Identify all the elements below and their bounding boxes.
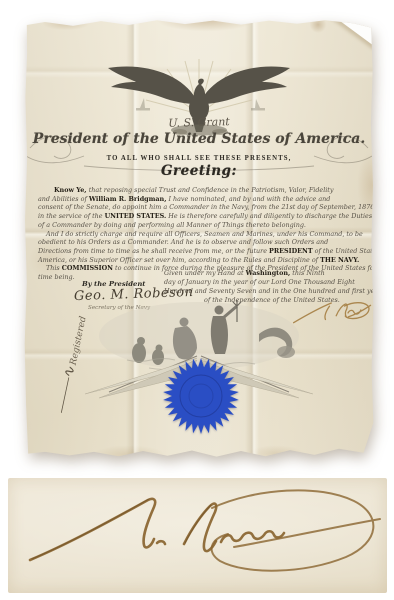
body-text-line: Know Ye, that reposing special Trust and…	[38, 186, 360, 195]
greeting-word: Greeting:	[24, 163, 374, 179]
testimonium-line: day of January in the year of our Lord O…	[164, 278, 366, 287]
body-text-line: and Abilities of William R. Bridgman, I …	[38, 195, 360, 204]
naval-commission-document: U. S. Grant President of the United Stat…	[24, 18, 374, 458]
document-paper: U. S. Grant President of the United Stat…	[24, 18, 374, 458]
commission-body-text: Know Ye, that reposing special Trust and…	[38, 186, 360, 282]
document-title: President of the United States of Americ…	[24, 131, 374, 147]
docket-flourish: ⸻∿	[51, 365, 79, 416]
body-text-line: And I do strictly charge and require all…	[38, 230, 360, 239]
seal-star-shape	[163, 358, 239, 434]
body-text-line: of a Commander by doing and performing a…	[38, 221, 360, 230]
testimonium-line: Hundred and Seventy Seven and in the One…	[164, 287, 366, 296]
blue-starburst-seal	[161, 356, 241, 436]
auction-photo: { "photo": { "background_color": "#fffff…	[0, 0, 394, 600]
signature-closeup-panel	[8, 478, 387, 593]
body-text-line: obedient to his Orders as a Commander. A…	[38, 238, 360, 247]
grant-signature-closeup	[8, 478, 387, 593]
testimonium-line: Given under my Hand at Washington, this …	[164, 269, 366, 278]
body-text-line: in the service of the UNITED STATES. He …	[38, 212, 360, 221]
body-text-line: Directions from time to time as he shall…	[38, 247, 360, 256]
folded-corner	[336, 18, 374, 46]
salutation-line: TO ALL WHO SHALL SEE THESE PRESENTS,	[24, 155, 374, 162]
body-text-line: consent of the Senate, do appoint him a …	[38, 203, 360, 212]
body-text-line: America, or his Superior Officer set ove…	[38, 256, 360, 265]
